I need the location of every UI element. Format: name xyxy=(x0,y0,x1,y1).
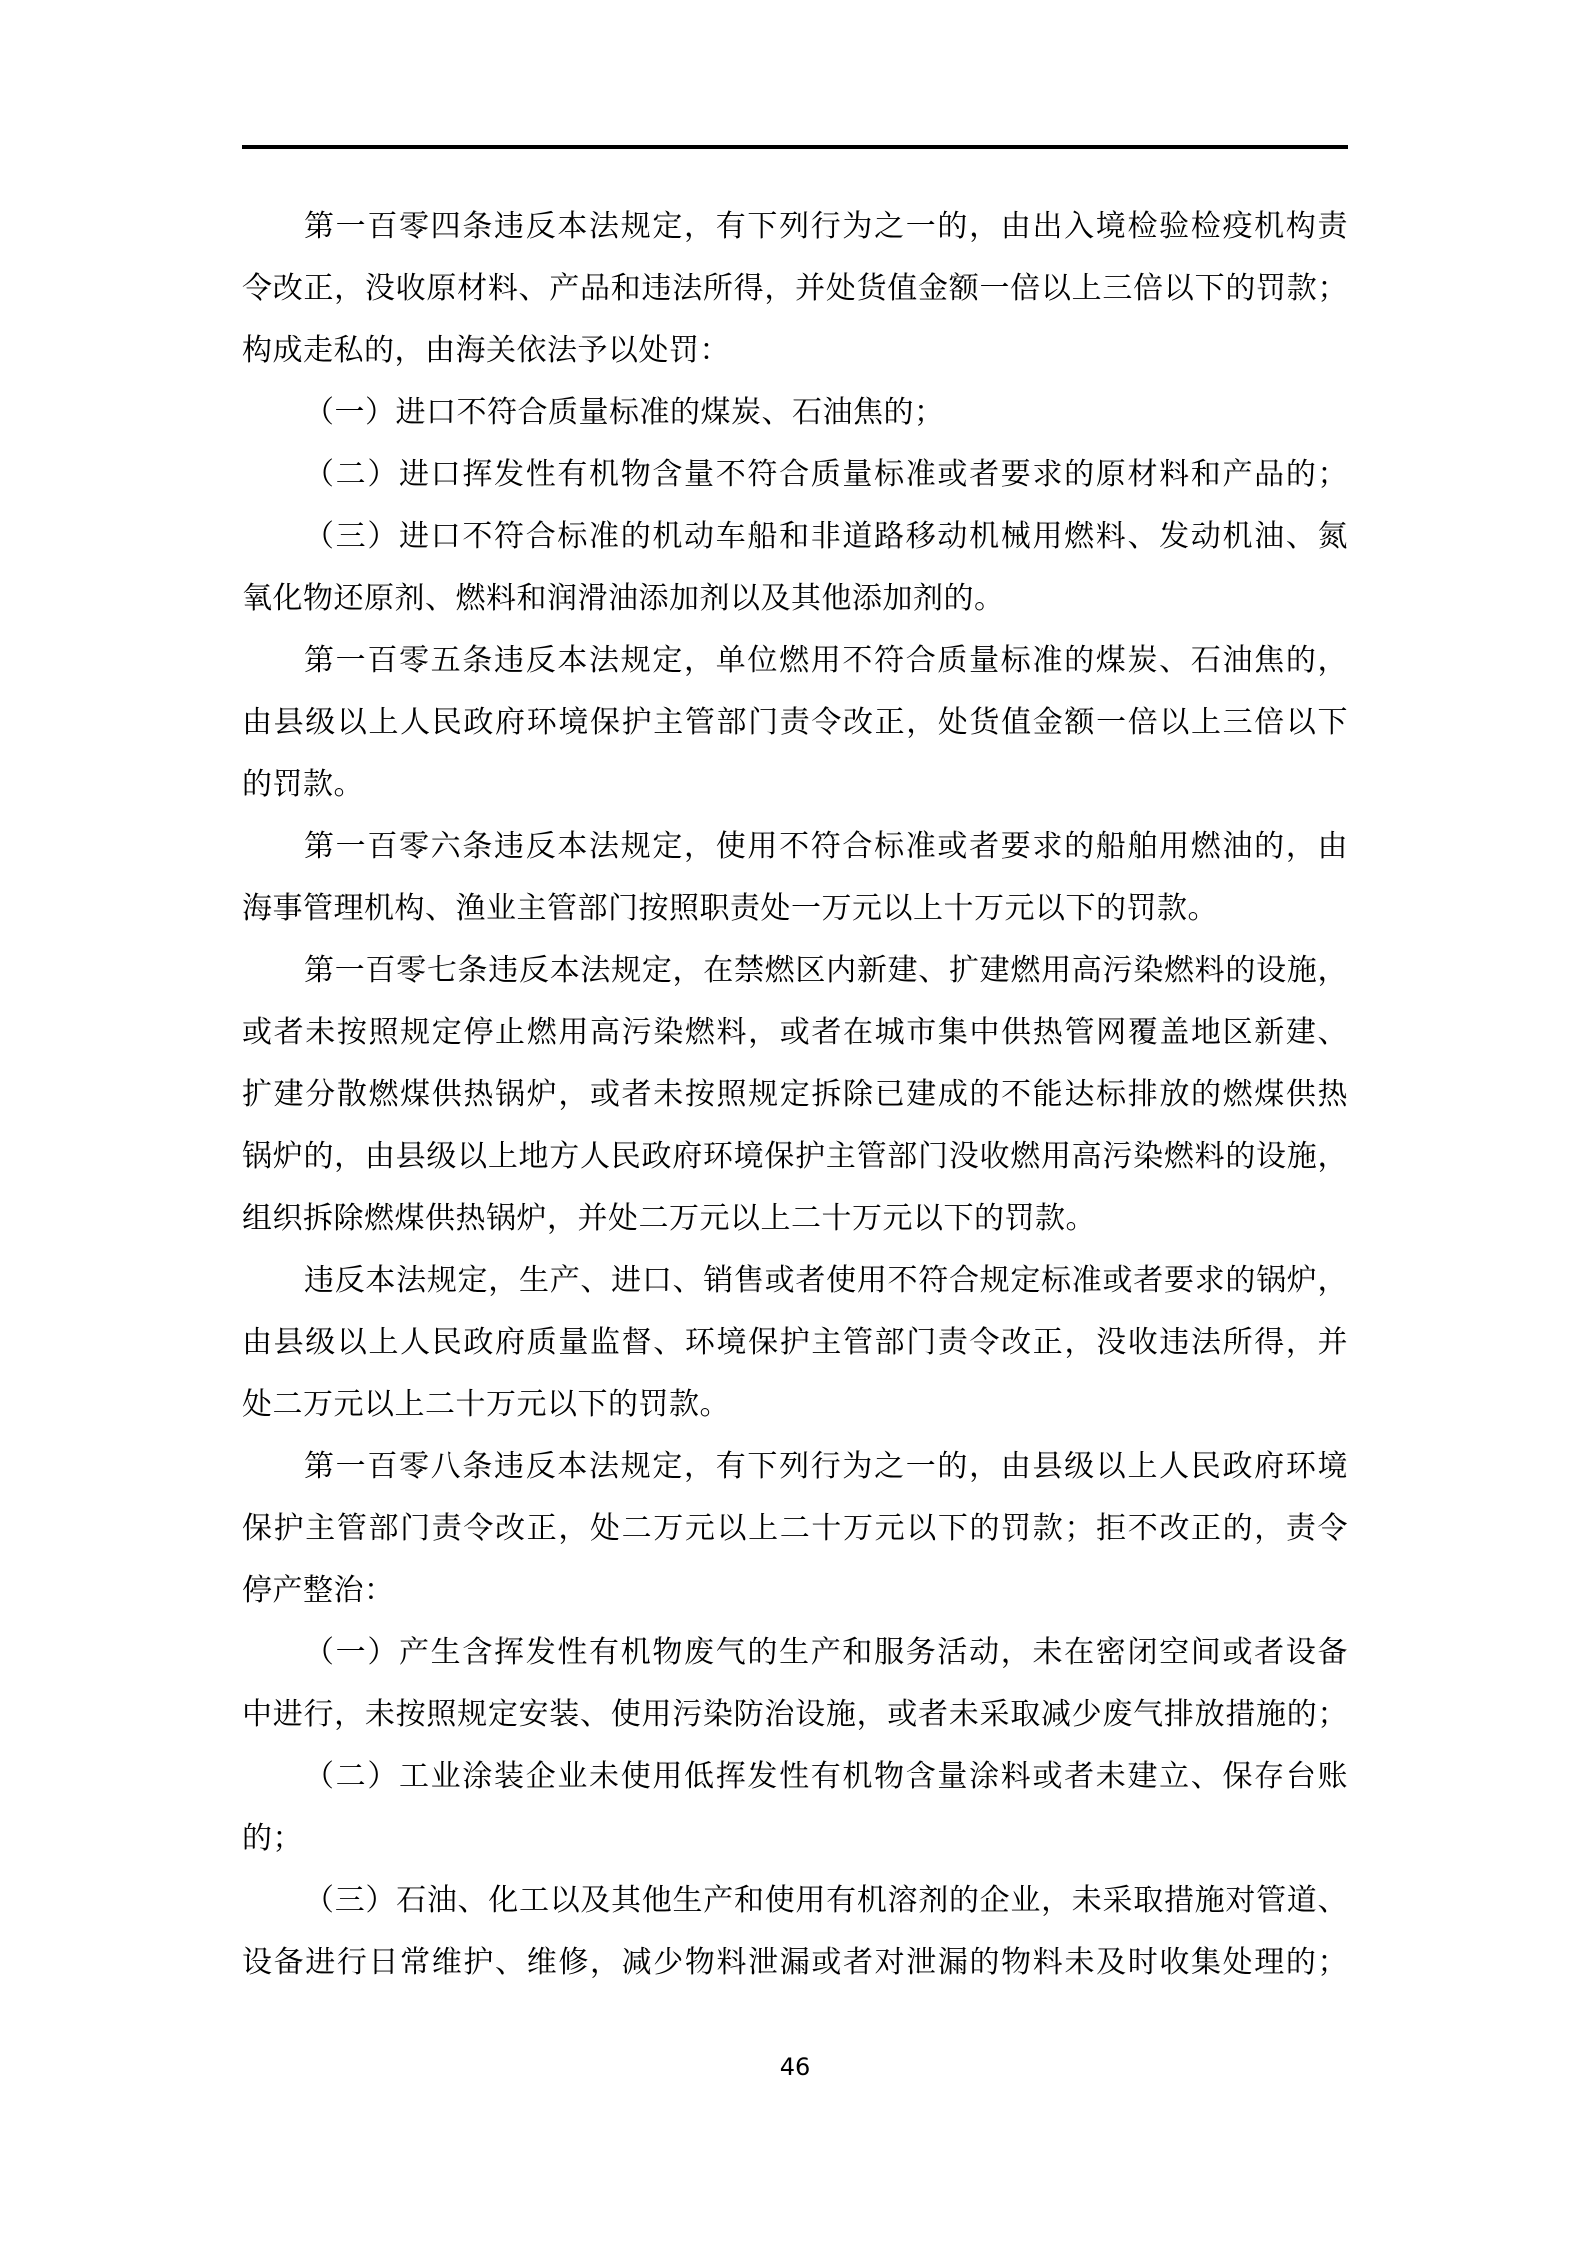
document-body: 第一百零四条违反本法规定，有下列行为之一的，由出入境检验检疫机构责 令改正，没收… xyxy=(242,196,1348,1994)
header-rule xyxy=(242,145,1348,149)
text-line: 海事管理机构、渔业主管部门按照职责处一万元以上十万元以下的罚款。 xyxy=(242,878,1348,940)
text-line: 设备进行日常维护、维修，减少物料泄漏或者对泄漏的物料未及时收集处理的； xyxy=(242,1932,1348,1994)
text-line: 第一百零七条违反本法规定，在禁燃区内新建、扩建燃用高污染燃料的设施， xyxy=(242,940,1348,1002)
text-line: 的罚款。 xyxy=(242,754,1348,816)
text-line: 处二万元以上二十万元以下的罚款。 xyxy=(242,1374,1348,1436)
text-line: 违反本法规定，生产、进口、销售或者使用不符合规定标准或者要求的锅炉， xyxy=(242,1250,1348,1312)
text-line: 由县级以上人民政府质量监督、环境保护主管部门责令改正，没收违法所得，并 xyxy=(242,1312,1348,1374)
text-line: 或者未按照规定停止燃用高污染燃料，或者在城市集中供热管网覆盖地区新建、 xyxy=(242,1002,1348,1064)
text-line: 第一百零五条违反本法规定，单位燃用不符合质量标准的煤炭、石油焦的， xyxy=(242,630,1348,692)
text-line: （三）进口不符合标准的机动车船和非道路移动机械用燃料、发动机油、氮 xyxy=(242,506,1348,568)
text-line: （二）进口挥发性有机物含量不符合质量标准或者要求的原材料和产品的； xyxy=(242,444,1348,506)
text-line: 第一百零四条违反本法规定，有下列行为之一的，由出入境检验检疫机构责 xyxy=(242,196,1348,258)
text-line: 停产整治： xyxy=(242,1560,1348,1622)
document-page: 第一百零四条违反本法规定，有下列行为之一的，由出入境检验检疫机构责 令改正，没收… xyxy=(0,0,1587,2245)
text-line: 由县级以上人民政府环境保护主管部门责令改正，处货值金额一倍以上三倍以下 xyxy=(242,692,1348,754)
text-line: 中进行，未按照规定安装、使用污染防治设施，或者未采取减少废气排放措施的； xyxy=(242,1684,1348,1746)
text-line: 锅炉的，由县级以上地方人民政府环境保护主管部门没收燃用高污染燃料的设施， xyxy=(242,1126,1348,1188)
text-line: （三）石油、化工以及其他生产和使用有机溶剂的企业，未采取措施对管道、 xyxy=(242,1870,1348,1932)
text-line: （一）进口不符合质量标准的煤炭、石油焦的； xyxy=(242,382,1348,444)
text-line: （一）产生含挥发性有机物废气的生产和服务活动，未在密闭空间或者设备 xyxy=(242,1622,1348,1684)
text-line: 第一百零八条违反本法规定，有下列行为之一的，由县级以上人民政府环境 xyxy=(242,1436,1348,1498)
text-line: 的； xyxy=(242,1808,1348,1870)
page-number: 46 xyxy=(242,2052,1348,2082)
text-line: 构成走私的，由海关依法予以处罚： xyxy=(242,320,1348,382)
text-line: 扩建分散燃煤供热锅炉，或者未按照规定拆除已建成的不能达标排放的燃煤供热 xyxy=(242,1064,1348,1126)
text-line: 第一百零六条违反本法规定，使用不符合标准或者要求的船舶用燃油的，由 xyxy=(242,816,1348,878)
text-line: 保护主管部门责令改正，处二万元以上二十万元以下的罚款；拒不改正的，责令 xyxy=(242,1498,1348,1560)
text-line: 令改正，没收原材料、产品和违法所得，并处货值金额一倍以上三倍以下的罚款； xyxy=(242,258,1348,320)
text-line: 组织拆除燃煤供热锅炉，并处二万元以上二十万元以下的罚款。 xyxy=(242,1188,1348,1250)
text-line: 氧化物还原剂、燃料和润滑油添加剂以及其他添加剂的。 xyxy=(242,568,1348,630)
text-line: （二）工业涂装企业未使用低挥发性有机物含量涂料或者未建立、保存台账 xyxy=(242,1746,1348,1808)
